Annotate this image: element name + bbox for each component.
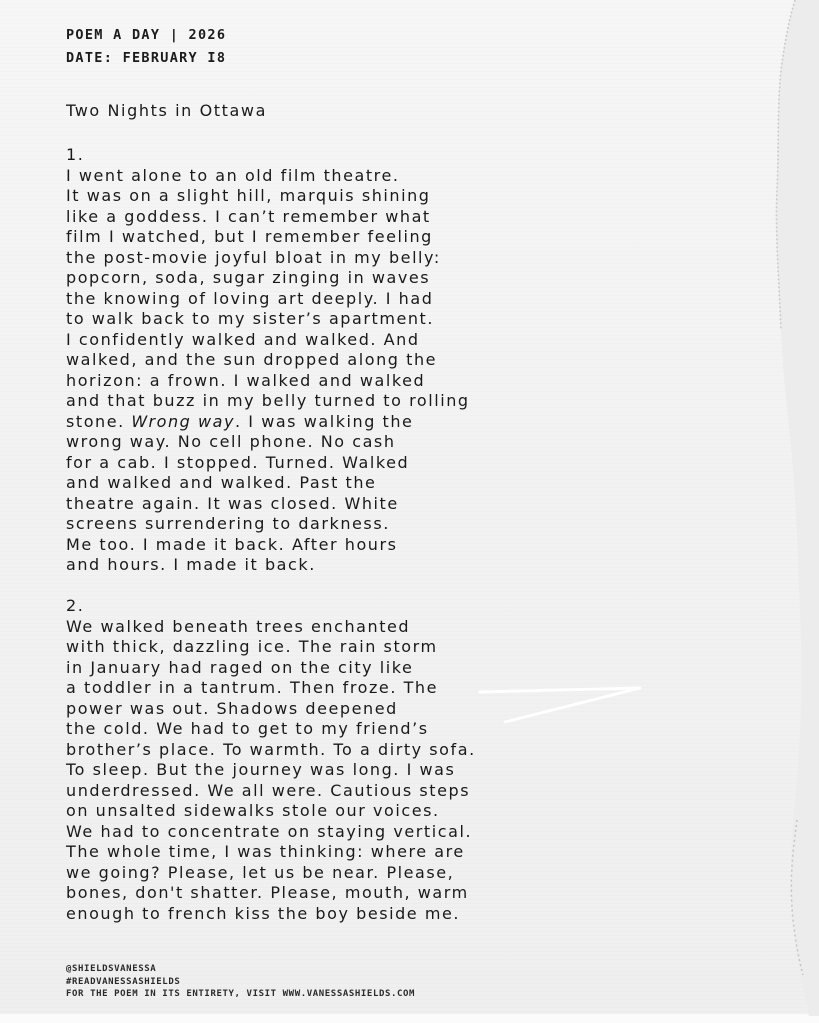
- poem-line: we going? Please, let us be near. Please…: [66, 863, 476, 884]
- poem-line: Me too. I made it back. After hours: [66, 535, 476, 556]
- poem-footer: @SHIELDSVANESSA #READVANESSASHIELDS FOR …: [66, 963, 415, 1001]
- poem-header: POEM A DAY | 2026 DATE: FEBRUARY I8: [66, 24, 226, 70]
- section-number: 2.: [66, 596, 476, 617]
- poem-line: walked, and the sun dropped along the: [66, 350, 476, 371]
- poem-line: I went alone to an old film theatre.: [66, 166, 476, 187]
- poem-body: 1.I went alone to an old film theatre.It…: [66, 145, 476, 945]
- torn-paper-edge: [759, 0, 819, 1016]
- paper-bottom-edge: [0, 1014, 819, 1023]
- poem-line: The whole time, I was thinking: where ar…: [66, 842, 476, 863]
- poem-line: underdressed. We all were. Cautious step…: [66, 781, 476, 802]
- poem-line: wrong way. No cell phone. No cash: [66, 432, 476, 453]
- poem-line: We walked beneath trees enchanted: [66, 617, 476, 638]
- poem-line: on unsalted sidewalks stole our voices.: [66, 801, 476, 822]
- poem-line: and walked and walked. Past the: [66, 473, 476, 494]
- poem-line: It was on a slight hill, marquis shining: [66, 186, 476, 207]
- poem-line: theatre again. It was closed. White: [66, 494, 476, 515]
- social-handle: @SHIELDSVANESSA: [66, 963, 415, 976]
- poem-line: film I watched, but I remember feeling: [66, 227, 476, 248]
- hashtag: #READVANESSASHIELDS: [66, 976, 415, 989]
- poem-line: the post-movie joyful bloat in my belly:: [66, 248, 476, 269]
- poem-line: bones, don't shatter. Please, mouth, war…: [66, 883, 476, 904]
- section-number: 1.: [66, 145, 476, 166]
- poem-line: the knowing of loving art deeply. I had: [66, 289, 476, 310]
- poem-line: horizon: a frown. I walked and walked: [66, 371, 476, 392]
- date-label: DATE: FEBRUARY I8: [66, 47, 226, 70]
- poem-line: with thick, dazzling ice. The rain storm: [66, 637, 476, 658]
- poem-line: We had to concentrate on staying vertica…: [66, 822, 476, 843]
- poem-line: stone. Wrong way. I was walking the: [66, 412, 476, 433]
- poem-line: the cold. We had to get to my friend’s: [66, 719, 476, 740]
- poem-line: in January had raged on the city like: [66, 658, 476, 679]
- poem-section: 1.I went alone to an old film theatre.It…: [66, 145, 476, 576]
- poem-section: 2.We walked beneath trees enchantedwith …: [66, 596, 476, 924]
- poem-line: and that buzz in my belly turned to roll…: [66, 391, 476, 412]
- poem-title: Two Nights in Ottawa: [66, 101, 267, 120]
- poem-line: screens surrendering to darkness.: [66, 514, 476, 535]
- poem-line: brother’s place. To warmth. To a dirty s…: [66, 740, 476, 761]
- poem-line: enough to french kiss the boy beside me.: [66, 904, 476, 925]
- series-label: POEM A DAY | 2026: [66, 24, 226, 47]
- poem-line: like a goddess. I can’t remember what: [66, 207, 476, 228]
- poem-line: to walk back to my sister’s apartment.: [66, 309, 476, 330]
- website-cta: FOR THE POEM IN ITS ENTIRETY, VISIT WWW.…: [66, 988, 415, 1001]
- poem-line: and hours. I made it back.: [66, 555, 476, 576]
- poem-line: To sleep. But the journey was long. I wa…: [66, 760, 476, 781]
- poem-line: for a cab. I stopped. Turned. Walked: [66, 453, 476, 474]
- poem-line: popcorn, soda, sugar zinging in waves: [66, 268, 476, 289]
- poem-line: a toddler in a tantrum. Then froze. The: [66, 678, 476, 699]
- poem-line: I confidently walked and walked. And: [66, 330, 476, 351]
- italic-phrase: Wrong way: [131, 412, 235, 431]
- poem-line: power was out. Shadows deepened: [66, 699, 476, 720]
